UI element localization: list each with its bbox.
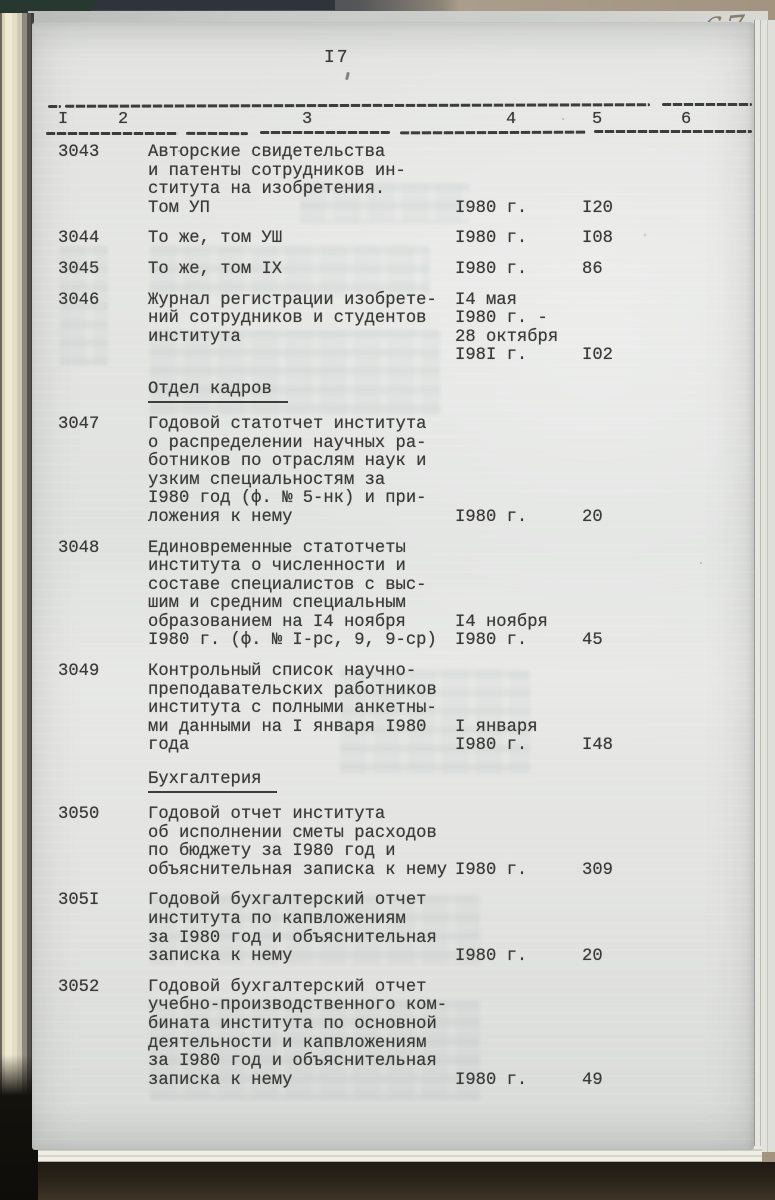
entry-pages: 45 [578,632,654,651]
entry-pages: I48 [578,737,654,756]
table-rule [46,132,178,135]
entry-number: 305I [58,892,148,966]
entry-pages: 49 [578,1072,654,1091]
entry-pages: 20 [578,509,654,528]
entry-title: То же, том УШ [148,230,455,249]
table-rule [48,105,61,108]
entry-number: 3046 [58,292,148,366]
entry-title: Годовой отчет института об исполнении см… [148,806,455,880]
column-header-1: I [58,110,68,129]
entry-date: I980 г. [455,509,578,528]
table-rule [594,130,752,133]
entry-date: I980 г. [455,948,578,967]
entries-list: 3043Авторские свидетельства и патенты со… [32,144,754,1102]
table-rule [400,131,586,135]
desk-surface [0,1162,775,1200]
entry-number: 3050 [58,806,148,880]
column-header-2: 2 [118,110,128,129]
scanned-inventory-page: 67 I7 I23456 3043Авторские свидетельства… [0,0,775,1200]
page-fore-edge [754,20,775,1152]
entry-title: Авторские свидетельства и патенты сотруд… [148,144,455,218]
inventory-entry: 3046Журнал регистрации изобрете- ний сот… [58,292,754,366]
entry-date: I980 г. [455,200,578,219]
pen-tick-mark [345,72,350,80]
entry-number: 3049 [58,663,148,756]
inventory-entry: 3052Годовой бухгалтерский отчет учебно-п… [58,979,754,1091]
inventory-entry: 3049Контрольный список научно- преподава… [58,663,754,756]
entry-date: I980 г. [455,1072,578,1091]
inventory-entry: 3045То же, том IXI980 г.86 [58,261,754,280]
book-binding-edge [0,13,34,1163]
table-rule [186,132,248,135]
entry-title: Годовой бухгалтерский отчет института по… [148,892,455,966]
entry-date: I980 г. [455,230,578,249]
entry-number: 3048 [58,540,148,652]
inventory-entry: 3044То же, том УШI980 г.I08 [58,230,754,249]
entry-number: 3045 [58,261,148,280]
inventory-entry: 305IГодовой бухгалтерский отчет институт… [58,892,754,966]
entry-title: Годовой бухгалтерский отчет учебно-произ… [148,979,455,1091]
entry-number: 3052 [58,979,148,1091]
section-header: Бухгалтерия [148,770,754,793]
table-rule [260,131,390,134]
entry-title: Единовременные статотчеты института о чи… [148,540,455,652]
entry-date: I4 мая I980 г. - 28 октября I98I г. [455,292,578,366]
document-sheet: I7 I23456 3043Авторские свидетельства и … [32,22,754,1150]
column-header-3: 3 [302,110,312,129]
entry-pages: I08 [578,230,654,249]
entry-date: I980 г. [455,862,578,881]
entry-date: I980 г. [455,261,578,280]
inventory-entry: 3048Единовременные статотчеты института … [58,540,754,652]
table-rule [65,103,650,108]
entry-pages: I20 [578,200,654,219]
table-rule [662,103,752,106]
entry-title: То же, том IX [148,261,455,280]
section-label: Бухгалтерия [148,770,277,793]
entry-title: Контрольный список научно- преподаватель… [148,663,455,756]
inventory-entry: 3050Годовой отчет института об исполнени… [58,806,754,880]
entry-pages: I02 [578,347,654,366]
section-label: Отдел кадров [148,380,288,403]
entry-pages: 86 [578,261,654,280]
entry-title: Журнал регистрации изобрете- ний сотрудн… [148,292,455,366]
typed-page-number: I7 [324,48,350,68]
inventory-entry: 3047Годовой статотчет института о распре… [58,416,754,528]
entry-number: 3043 [58,144,148,218]
entry-title: Годовой статотчет института о распределе… [148,416,455,528]
entry-pages: 309 [578,862,654,881]
inventory-entry: 3043Авторские свидетельства и патенты со… [58,144,754,218]
entry-pages: 20 [578,948,654,967]
section-header: Отдел кадров [148,380,754,403]
entry-date: I4 ноября I980 г. [455,614,578,651]
column-header-5: 5 [592,110,602,129]
entry-number: 3044 [58,230,148,249]
entry-number: 3047 [58,416,148,528]
column-header-4: 4 [506,110,516,129]
entry-date: I января I980 г. [455,719,578,756]
column-headers: I23456 [32,110,754,130]
column-header-6: 6 [681,110,691,129]
paper-specks [32,22,34,24]
